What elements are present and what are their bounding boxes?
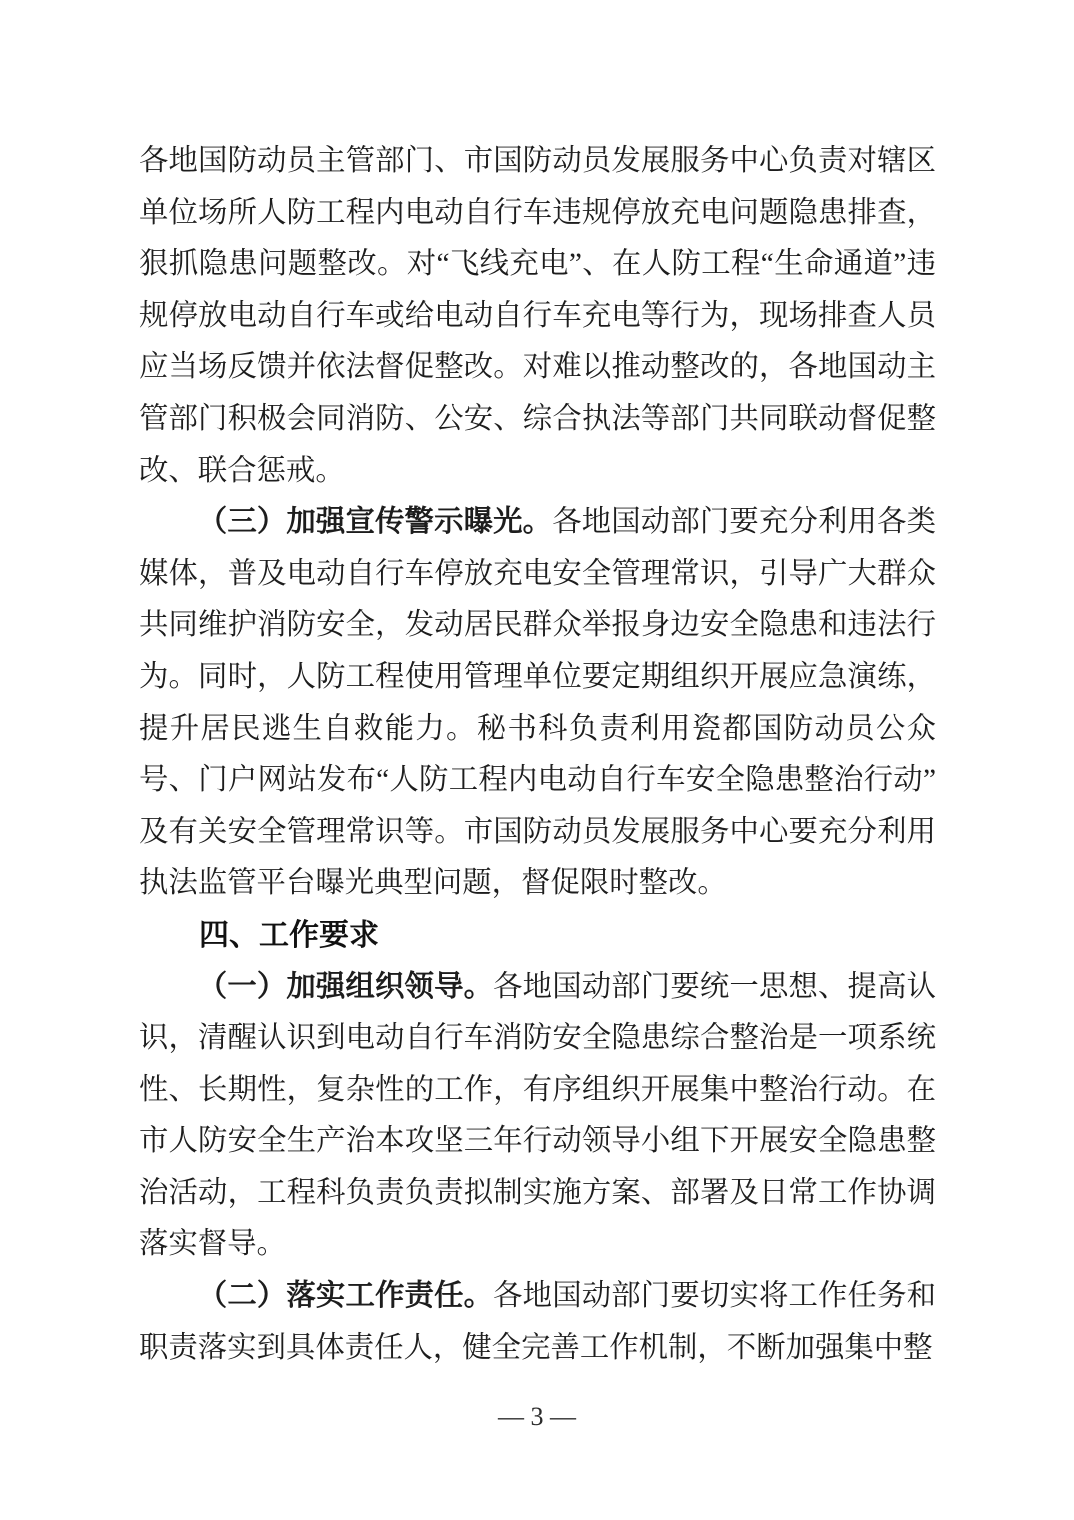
- paragraph-text: 各地国动部门要充分利用各类媒体，普及电动自行车停放充电安全管理常识，引导广大群众…: [139, 506, 936, 899]
- paragraph-lead: （三）加强宣传警示曝光。: [198, 506, 552, 538]
- paragraph-continuation: 各地国防动员主管部门、市国防动员发展服务中心负责对辖区单位场所人防工程内电动自行…: [139, 136, 936, 497]
- document-body: 各地国防动员主管部门、市国防动员发展服务中心负责对辖区单位场所人防工程内电动自行…: [139, 136, 936, 1374]
- paragraph-text: 各地国防动员主管部门、市国防动员发展服务中心负责对辖区单位场所人防工程内电动自行…: [139, 145, 936, 487]
- paragraph-text: 各地国动部门要统一思想、提高认识，清醒认识到电动自行车消防安全隐患综合整治是一项…: [139, 971, 936, 1261]
- paragraph-lead: （二）落实工作责任。: [198, 1280, 493, 1312]
- page-number: — 3 —: [0, 1402, 1074, 1432]
- paragraph-item-2: （二）落实工作责任。各地国动部门要切实将工作任务和职责落实到具体责任人，健全完善…: [139, 1271, 936, 1374]
- section-heading-4: 四、工作要求: [139, 910, 936, 962]
- document-page: 各地国防动员主管部门、市国防动员发展服务中心负责对辖区单位场所人防工程内电动自行…: [0, 0, 1074, 1520]
- section-heading-text: 四、工作要求: [199, 919, 379, 952]
- paragraph-item-3: （三）加强宣传警示曝光。各地国动部门要充分利用各类媒体，普及电动自行车停放充电安…: [139, 497, 936, 910]
- paragraph-item-1: （一）加强组织领导。各地国动部门要统一思想、提高认识，清醒认识到电动自行车消防安…: [139, 962, 936, 1272]
- paragraph-lead: （一）加强组织领导。: [198, 971, 493, 1003]
